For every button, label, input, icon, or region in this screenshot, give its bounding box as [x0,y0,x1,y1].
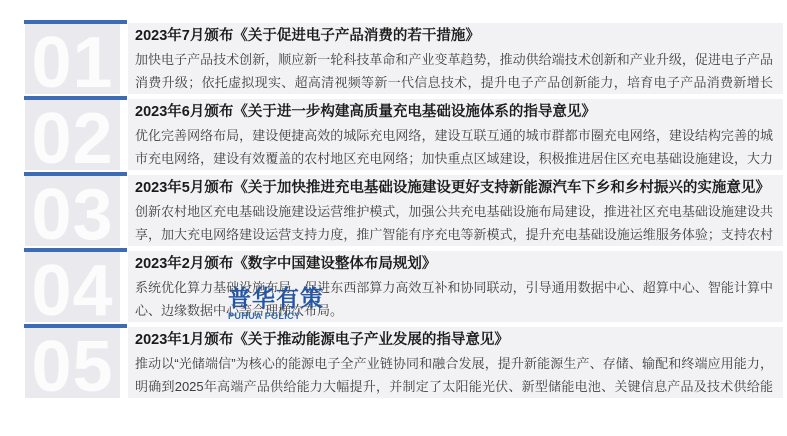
policy-content-3: 2023年5月颁布《关于加快推进充电基础设施建设更好支持新能源汽车下乡和乡村振兴… [128,175,783,246]
item-number: 05 [25,328,120,398]
item-number: 01 [25,24,120,94]
item-title: 2023年7月颁布《关于促进电子产品消费的若干措施》 [135,27,773,45]
policy-item-2: 02 2023年6月颁布《关于进一步构建高质量充电基础设施体系的指导意见》 优化… [24,96,783,170]
policy-timeline-page: 01 2023年7月颁布《关于促进电子产品消费的若干措施》 加快电子产品技术创新… [0,0,787,436]
item-title: 2023年2月颁布《数字中国建设整体布局规划》 [135,255,773,273]
policy-item-1: 01 2023年7月颁布《关于促进电子产品消费的若干措施》 加快电子产品技术创新… [24,20,783,94]
number-badge-1: 01 [24,20,120,94]
item-number: 04 [25,252,120,322]
item-body: 优化完善网络布局，建设便捷高效的城际充电网络，建设互联互通的城市群都市圈充电网络… [135,124,773,170]
number-badge-4: 04 [24,248,120,322]
watermark-subtitle: PUHUA POLICY [228,312,324,321]
item-body: 加快电子产品技术创新，顺应新一轮科技革命和产业变革趋势，推动供给端技术创新和产业… [135,48,773,94]
policy-item-4: 04 2023年2月颁布《数字中国建设整体布局规划》 系统优化算力基础设施布局，… [24,248,783,322]
policy-item-5: 05 2023年1月颁布《关于推动能源电子产业发展的指导意见》 推动以“光储端信… [24,324,783,398]
watermark: 普华有策 PUHUA POLICY [228,287,324,321]
item-number: 02 [25,100,120,170]
item-title: 2023年1月颁布《关于推动能源电子产业发展的指导意见》 [135,331,773,349]
policy-item-3: 03 2023年5月颁布《关于加快推进充电基础设施建设更好支持新能源汽车下乡和乡… [24,172,783,246]
watermark-logo-text: 普华有策 [228,287,324,310]
policy-content-1: 2023年7月颁布《关于促进电子产品消费的若干措施》 加快电子产品技术创新，顺应… [128,23,783,94]
number-badge-5: 05 [24,324,120,398]
item-number: 03 [25,176,120,246]
item-body: 创新农村地区充电基础设施建设运营维护模式，加强公共充电基础设施布局建设，推进社区… [135,200,773,246]
number-badge-2: 02 [24,96,120,170]
item-title: 2023年5月颁布《关于加快推进充电基础设施建设更好支持新能源汽车下乡和乡村振兴… [135,179,773,197]
item-body: 推动以“光储端信”为核心的能源电子全产业链协同和融合发展，提升新能源生产、存储、… [135,352,773,398]
policy-content-2: 2023年6月颁布《关于进一步构建高质量充电基础设施体系的指导意见》 优化完善网… [128,99,783,170]
number-badge-3: 03 [24,172,120,246]
policy-content-4: 2023年2月颁布《数字中国建设整体布局规划》 系统优化算力基础设施布局，促进东… [128,251,783,322]
policy-content-5: 2023年1月颁布《关于推动能源电子产业发展的指导意见》 推动以“光储端信”为核… [128,327,783,398]
item-title: 2023年6月颁布《关于进一步构建高质量充电基础设施体系的指导意见》 [135,103,773,121]
